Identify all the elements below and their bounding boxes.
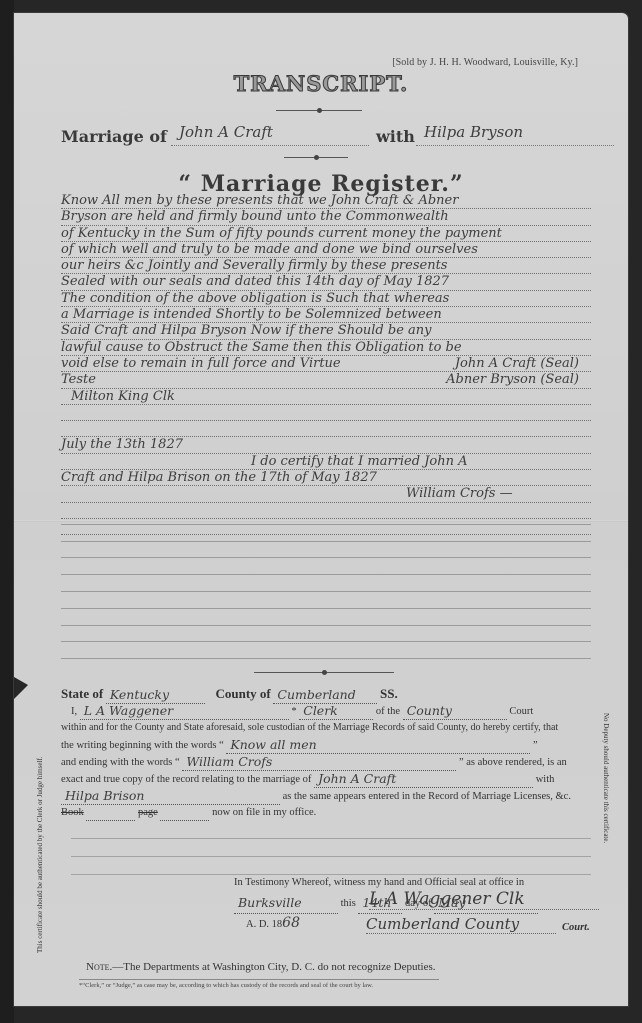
deputies-note: Note.—The Departments at Washington City… [86,961,436,973]
clerk-certificate: State of Kentucky County of Cumberland S… [61,685,591,875]
bond-line: lawful cause to Obstruct the Same then t… [61,340,591,356]
certify-line-2: Craft and Hilpa Brison on the 17th of Ma… [61,470,591,486]
side-note-right-text: No Deputy should authenticate this certi… [602,713,610,843]
clerk-name: L A Waggener [80,702,289,720]
blank-line [61,642,591,659]
certify-line-1: I do certify that I married John A [61,454,591,470]
with-label: with [536,774,555,785]
beginning-words: Know all men [226,736,530,754]
bond-line: Know All men by these presents that we J… [61,193,591,209]
page-label: page [138,807,158,818]
year-suffix: 68 [282,915,300,931]
custodian-row: within and for the County and State afor… [61,719,591,736]
ornament-divider [254,672,394,673]
teste-line: Teste Abner Bryson (Seal) [61,372,591,388]
marriage-of-label: Marriage of [61,127,167,146]
bond-line: of Kentucky in the Sum of fifty pounds c… [61,226,591,242]
marriage-bond-text: Know All men by these presents that we J… [61,193,591,535]
copy-bride: Hilpa Brison [61,787,280,805]
court-type: County [403,702,507,720]
teste-label: Teste [61,372,96,387]
bride-name: Hilpa Bryson [416,123,614,146]
torn-edge [14,669,28,713]
signature-abner-bryson: Abner Bryson (Seal) [446,372,579,387]
blank-line [61,558,591,575]
state-label: State of [61,686,103,701]
appears-label: as the same appears entered in the Recor… [283,791,571,802]
blank-line [61,542,591,559]
blank-line [61,508,591,525]
signature-john-craft: John A Craft (Seal) [455,356,579,371]
blank-line [61,592,591,609]
of-the-label: of the [376,706,400,717]
state-county-row: State of Kentucky County of Cumberland S… [61,685,591,702]
bond-line: of which well and truly to be made and d… [61,242,591,258]
blank-line [61,609,591,626]
ending-words: William Crofs [182,753,456,771]
book-page-row: Book page now on file in my office. [61,804,591,821]
bond-line: our heirs &c Jointly and Severally firml… [61,258,591,274]
this-label: this [341,898,356,909]
return-date: July the 13th 1827 [61,437,591,453]
note-text: —The Departments at Washington City, D. … [112,961,435,973]
file-label: now on file in my office. [212,807,316,818]
blank-line [71,821,591,839]
i-label: I, [71,706,77,717]
ornament-divider [284,157,348,158]
ss-label: SS. [380,686,398,701]
copy-groom: John A Craft [314,770,533,788]
ornament-divider [276,110,362,111]
bond-line: Bryson are held and firmly bound unto th… [61,209,591,225]
blank-line [71,839,591,857]
clerk-signature: L A Waggener Clk [369,889,599,910]
beginning-words-row: the writing beginning with the words “ K… [61,736,591,753]
transcript-document: [Sold by J. H. H. Woodward, Louisville, … [14,13,628,1006]
side-note-left-text: This certificate should be authenticated… [36,683,44,953]
blank-ruled-lines [61,508,591,659]
bond-line: Said Craft and Hilpa Bryson Now if there… [61,323,591,339]
court-suffix: Court. [562,922,590,933]
clerk-office: Clerk [299,702,373,720]
bond-line: Sealed with our seals and dated this 14t… [61,274,591,290]
copy-row: exact and true copy of the record relati… [61,770,591,787]
witness-signature: Milton King Clk [61,389,591,405]
blank-line [61,405,591,421]
bride-row: Hilpa Brison as the same appears entered… [61,787,591,804]
side-note-left: This certificate should be authenticated… [36,683,50,953]
ending-words-row: and ending with the words “ William Crof… [61,753,591,770]
beginning-label: the writing beginning with the words “ [61,740,224,751]
bond-line: void else to remain in full force and Vi… [61,356,591,372]
ending-label: and ending with the words “ [61,757,180,768]
bond-last-line: void else to remain in full force and Vi… [61,356,341,371]
ending-close: ” as above rendered, is an [459,757,567,768]
footnote: *“Clerk,” or “Judge,” as case may be, ac… [79,979,439,989]
note-label: Note. [86,961,112,973]
bond-line: a Marriage is intended Shortly to be Sol… [61,307,591,323]
blank-line [61,525,591,542]
county-label: County of [216,686,271,701]
groom-name: John A Craft [171,123,369,146]
clerk-row: I, L A Waggener * Clerk of the County Co… [61,702,591,719]
court-label: Court [509,706,533,717]
side-note-right: No Deputy should authenticate this certi… [598,713,612,943]
quote-close: ” [533,740,538,751]
asterisk: * [291,706,296,717]
with-label: with [376,127,415,146]
office-place: Burksville [234,893,338,914]
blank-line [61,626,591,643]
court-name: Cumberland County [366,915,556,934]
document-title: TRANSCRIPT. [14,71,628,96]
blank-line [61,575,591,592]
blank-line [61,421,591,437]
bond-line: The condition of the above obligation is… [61,291,591,307]
marriage-of-line: Marriage of John A Craft with Hilpa Brys… [61,121,591,147]
ad-label: A. D. 18 [246,919,282,930]
scan-frame [0,0,14,1023]
publisher-note: [Sold by J. H. H. Woodward, Louisville, … [392,57,578,68]
minister-signature: William Crofs — [61,486,591,502]
copy-label: exact and true copy of the record relati… [61,774,311,785]
book-label: Book [61,807,84,818]
